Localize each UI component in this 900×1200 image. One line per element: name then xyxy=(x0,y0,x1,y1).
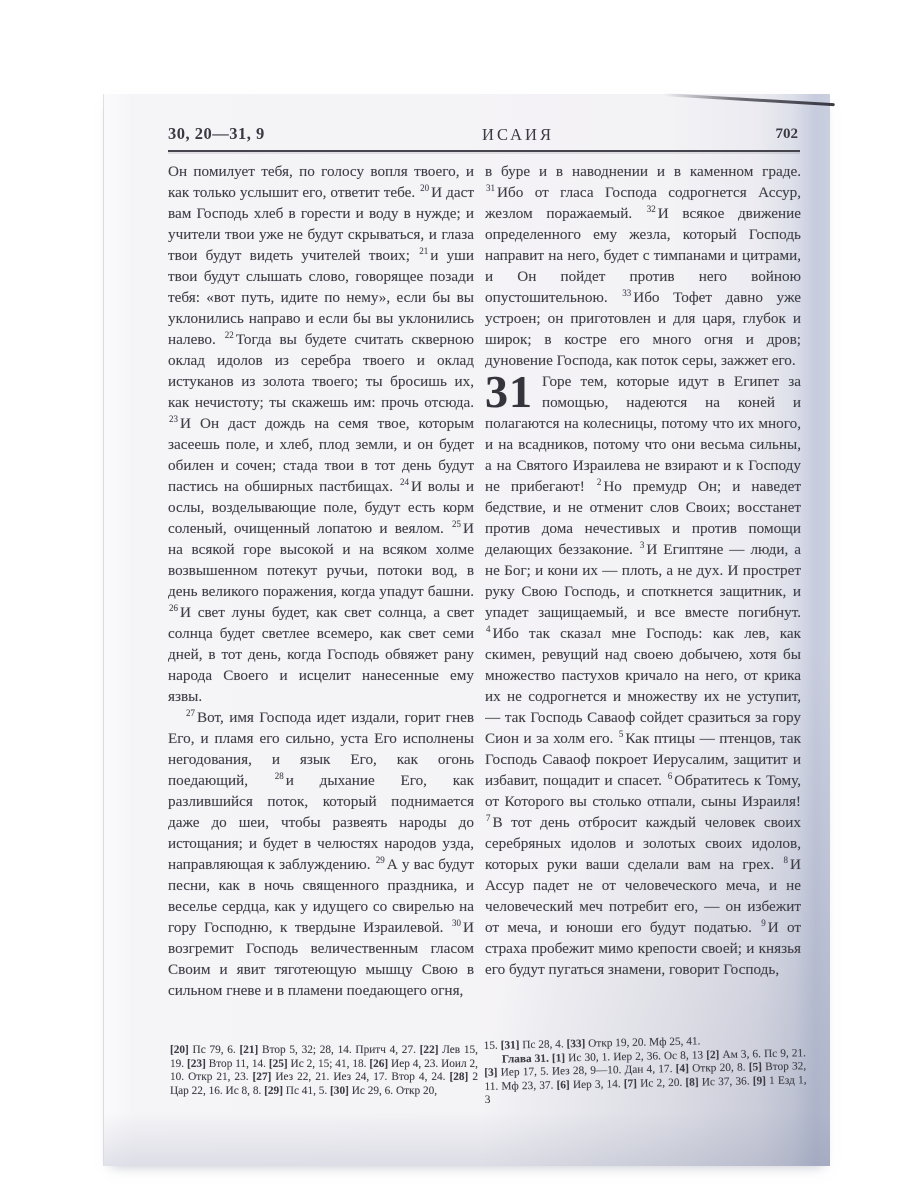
page-top-edge-shadow xyxy=(663,93,835,106)
footnote-ref: [3] xyxy=(484,1067,497,1079)
footnote-ref: [31] xyxy=(501,1039,520,1051)
verse-number: 3 xyxy=(639,540,647,550)
verse-number: 24 xyxy=(399,477,411,487)
verse-number: 28 xyxy=(274,771,286,781)
footnote-ref: [8] xyxy=(685,1076,698,1088)
footnote-ref: [22] xyxy=(420,1044,439,1056)
header-rule xyxy=(168,150,800,152)
verse-number: 31 xyxy=(485,183,497,193)
footnote-ref: Глава 31. xyxy=(502,1052,549,1065)
footnote-ref: [9] xyxy=(753,1075,766,1087)
footnote-ref: [4] xyxy=(676,1063,689,1075)
verse-number: 29 xyxy=(375,855,387,865)
footnote-ref: [25] xyxy=(269,1058,288,1070)
book-page: 30, 20—31, 9 ИСАИЯ 702 Он помилует тебя,… xyxy=(104,94,830,1166)
verse-number: 4 xyxy=(485,624,493,634)
footnote-ref: [20] xyxy=(170,1044,189,1056)
footnote-ref: [1] xyxy=(552,1052,565,1064)
footnotes-right: 15. [31] Пс 28, 4. [33] Откр 19, 20. Мф … xyxy=(484,1033,807,1108)
footnote-paragraph: [20] Пс 79, 6. [21] Втор 5, 32; 28, 14. … xyxy=(170,1044,478,1098)
verse-number: 6 xyxy=(667,771,675,781)
verse-number: 21 xyxy=(418,246,430,256)
footnotes-left: [20] Пс 79, 6. [21] Втор 5, 32; 28, 14. … xyxy=(170,1044,478,1098)
verse-number: 2 xyxy=(596,477,604,487)
verse-number: 8 xyxy=(783,855,791,865)
verse-number: 9 xyxy=(760,918,768,928)
verse-number: 25 xyxy=(451,519,463,529)
footnote-ref: [21] xyxy=(239,1044,258,1056)
footnote-ref: [30] xyxy=(330,1085,349,1097)
verse-number: 30 xyxy=(451,918,463,928)
footnote-ref: [27] xyxy=(253,1071,272,1083)
paragraph: в буре и в наводнении и в каменном граде… xyxy=(485,161,801,371)
header-page-number: 702 xyxy=(776,126,799,143)
verse-number: 26 xyxy=(168,603,180,613)
footnote-paragraph: Глава 31. [1] Ис 30, 1. Иер 2, 36. Ос 8,… xyxy=(484,1047,807,1108)
paragraph: 31Горе тем, которые идут в Египет за пом… xyxy=(485,371,801,980)
verse-number: 5 xyxy=(618,729,626,739)
text-column-right: в буре и в наводнении и в каменном граде… xyxy=(485,161,801,1045)
footnote-ref: [7] xyxy=(624,1078,637,1090)
verse-number: 27 xyxy=(185,708,197,718)
footnote-ref: [5] xyxy=(749,1061,762,1073)
photo-of-book-page: { "header": { "verse_range": "30, 20—31,… xyxy=(0,0,900,1200)
footnote-ref: [23] xyxy=(187,1058,206,1070)
paragraph: Он помилует тебя, по голосу вопля твоего… xyxy=(168,161,474,707)
verse-number: 7 xyxy=(485,813,493,823)
paragraph: 27Вот, имя Господа идет издали, горит гн… xyxy=(168,707,474,1001)
verse-number: 22 xyxy=(224,330,236,340)
verse-number: 32 xyxy=(646,204,658,214)
running-head: 30, 20—31, 9 ИСАИЯ 702 xyxy=(168,124,800,148)
footnote-ref: [33] xyxy=(566,1038,585,1050)
footnote-ref: [6] xyxy=(556,1079,569,1091)
header-book-title: ИСАИЯ xyxy=(368,125,668,145)
verse-number: 20 xyxy=(419,183,431,193)
chapter-number-dropcap: 31 xyxy=(485,374,533,410)
footnote-ref: [29] xyxy=(264,1085,283,1097)
text-column-left: Он помилует тебя, по голосу вопля твоего… xyxy=(168,161,474,1045)
footnote-ref: [2] xyxy=(706,1049,719,1061)
footnote-ref: [26] xyxy=(369,1058,388,1070)
header-verse-range: 30, 20—31, 9 xyxy=(168,124,265,144)
footnote-ref: [28] xyxy=(450,1071,469,1083)
verse-number: 23 xyxy=(168,414,180,424)
verse-number: 33 xyxy=(621,288,633,298)
